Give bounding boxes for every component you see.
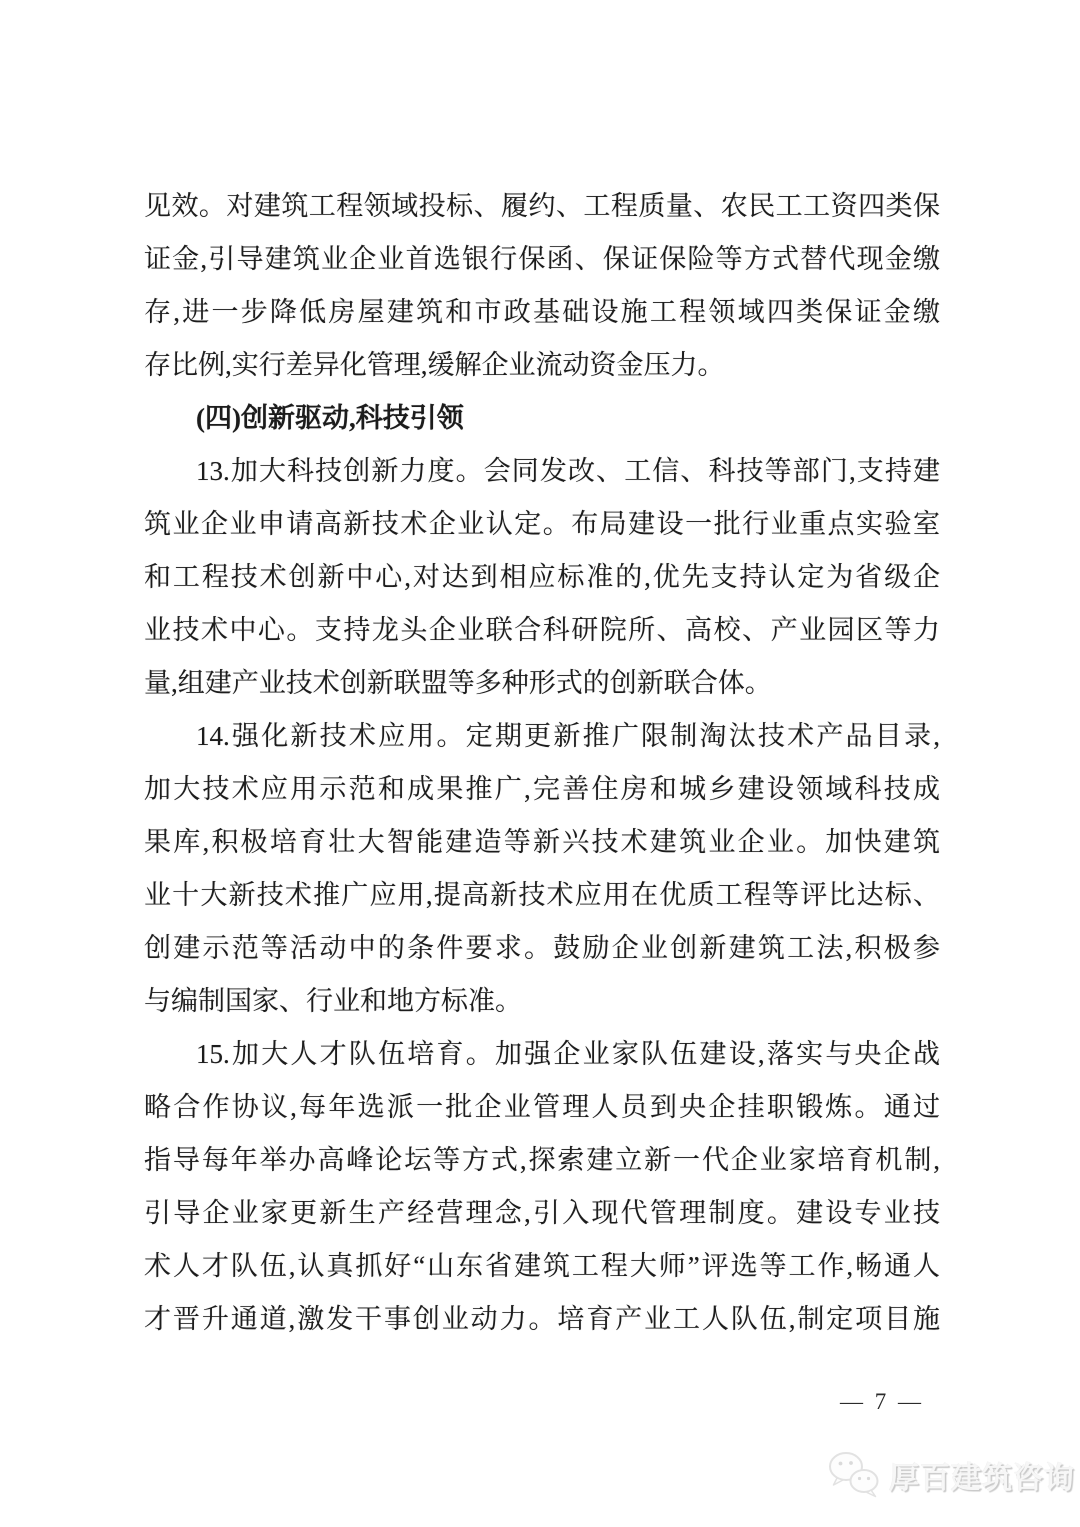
- doc-line: 引导企业家更新生产经营理念,引入现代管理制度。建设专业技: [144, 1187, 940, 1240]
- doc-line: 量,组建产业技术创新联盟等多种形式的创新联合体。: [144, 657, 940, 710]
- section-heading-4: (四)创新驱动,科技引领: [144, 392, 940, 445]
- paragraph-continuation: 见效。对建筑工程领域投标、履约、工程质量、农民工工资四类保 证金,引导建筑业企业…: [144, 180, 940, 392]
- doc-line: 存比例,实行差异化管理,缓解企业流动资金压力。: [144, 339, 940, 392]
- doc-line: 14.强化新技术应用。定期更新推广限制淘汰技术产品目录,: [144, 710, 940, 763]
- document-body: 见效。对建筑工程领域投标、履约、工程质量、农民工工资四类保 证金,引导建筑业企业…: [144, 180, 940, 1346]
- doc-line: 果库,积极培育壮大智能建造等新兴技术建筑业企业。加快建筑: [144, 816, 940, 869]
- document-page: 见效。对建筑工程领域投标、履约、工程质量、农民工工资四类保 证金,引导建筑业企业…: [0, 0, 1080, 1527]
- doc-line: 指导每年举办高峰论坛等方式,探索建立新一代企业家培育机制,: [144, 1134, 940, 1187]
- doc-line: 存,进一步降低房屋建筑和市政基础设施工程领域四类保证金缴: [144, 286, 940, 339]
- paragraph-13: 13.加大科技创新力度。会同发改、工信、科技等部门,支持建 筑业企业申请高新技术…: [144, 445, 940, 710]
- doc-line: 才晋升通道,激发干事创业动力。培育产业工人队伍,制定项目施: [144, 1293, 940, 1346]
- doc-line: 见效。对建筑工程领域投标、履约、工程质量、农民工工资四类保: [144, 180, 940, 233]
- doc-line: 业技术中心。支持龙头企业联合科研院所、高校、产业园区等力: [144, 604, 940, 657]
- doc-line: 15.加大人才队伍培育。加强企业家队伍建设,落实与央企战: [144, 1028, 940, 1081]
- doc-line: 和工程技术创新中心,对达到相应标准的,优先支持认定为省级企: [144, 551, 940, 604]
- page-number: — 7 —: [840, 1389, 924, 1415]
- doc-line: 加大技术应用示范和成果推广,完善住房和城乡建设领域科技成: [144, 763, 940, 816]
- doc-line: 13.加大科技创新力度。会同发改、工信、科技等部门,支持建: [144, 445, 940, 498]
- doc-line: 业十大新技术推广应用,提高新技术应用在优质工程等评比达标、: [144, 869, 940, 922]
- doc-line: 证金,引导建筑业企业首选银行保函、保证保险等方式替代现金缴: [144, 233, 940, 286]
- watermark: 厚百建筑咨询: [826, 1450, 1075, 1500]
- doc-line: 略合作协议,每年选派一批企业管理人员到央企挂职锻炼。通过: [144, 1081, 940, 1134]
- doc-line: 术人才队伍,认真抓好“山东省建筑工程大师”评选等工作,畅通人: [144, 1240, 940, 1293]
- watermark-label: 厚百建筑咨询: [889, 1453, 1075, 1497]
- paragraph-15: 15.加大人才队伍培育。加强企业家队伍建设,落实与央企战 略合作协议,每年选派一…: [144, 1028, 940, 1346]
- doc-line: 创建示范等活动中的条件要求。鼓励企业创新建筑工法,积极参: [144, 922, 940, 975]
- doc-line: 筑业企业申请高新技术企业认定。布局建设一批行业重点实验室: [144, 498, 940, 551]
- section-heading-text: (四)创新驱动,科技引领: [144, 392, 940, 445]
- paragraph-14: 14.强化新技术应用。定期更新推广限制淘汰技术产品目录, 加大技术应用示范和成果…: [144, 710, 940, 1028]
- wechat-icon: [826, 1450, 884, 1500]
- doc-line: 与编制国家、行业和地方标准。: [144, 975, 940, 1028]
